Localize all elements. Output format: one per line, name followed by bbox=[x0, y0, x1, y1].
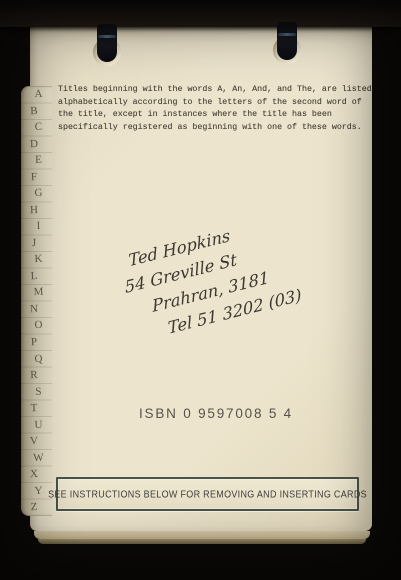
tab-letter-M: M bbox=[21, 284, 53, 302]
typed-notice: Titles beginning with the words A, An, A… bbox=[58, 84, 370, 134]
typed-notice-line: alphabetically according to the letters … bbox=[58, 97, 370, 110]
isbn-text: ISBN 0 9597008 5 4 bbox=[139, 406, 293, 421]
tab-letter-V: V bbox=[21, 433, 53, 451]
tab-letter-Z: Z bbox=[21, 499, 53, 517]
tab-letter-S: S bbox=[21, 383, 53, 401]
tab-letter-C: C bbox=[21, 119, 53, 137]
tab-letter-A: A bbox=[21, 85, 53, 103]
binder-peg-left bbox=[97, 24, 117, 62]
typed-notice-line: the title, except in instances where the… bbox=[58, 109, 370, 122]
tab-letter-P: P bbox=[21, 333, 53, 351]
tab-letter-U: U bbox=[21, 416, 53, 434]
tab-letter-D: D bbox=[21, 135, 53, 153]
card-stack-edge bbox=[34, 531, 370, 539]
tab-letter-I: I bbox=[21, 218, 53, 236]
tab-letter-G: G bbox=[21, 185, 53, 203]
card-stack-edge-shadow bbox=[38, 539, 366, 544]
tab-letter-H: H bbox=[21, 201, 53, 219]
typed-notice-line: specifically registered as beginning wit… bbox=[58, 122, 370, 135]
tab-letter-F: F bbox=[21, 168, 53, 186]
typed-notice-line: Titles beginning with the words A, An, A… bbox=[58, 84, 370, 97]
instruction-banner: SEE INSTRUCTIONS BELOW FOR REMOVING AND … bbox=[56, 477, 359, 511]
tab-letter-Q: Q bbox=[21, 350, 53, 368]
tab-letter-B: B bbox=[21, 102, 53, 120]
binder-peg-right bbox=[277, 22, 297, 60]
tab-letter-O: O bbox=[21, 317, 53, 335]
tab-letter-W: W bbox=[21, 449, 53, 467]
tab-letter-N: N bbox=[21, 300, 53, 318]
tab-letter-J: J bbox=[21, 234, 53, 252]
instruction-banner-text: SEE INSTRUCTIONS BELOW FOR REMOVING AND … bbox=[48, 489, 367, 500]
alpha-tab-strip: ABCDEFGHIJKLMNOPQRSTUVWXYZ bbox=[21, 86, 52, 516]
photo-card-index: ABCDEFGHIJKLMNOPQRSTUVWXYZ Titles beginn… bbox=[0, 0, 401, 580]
tab-letter-R: R bbox=[21, 366, 53, 384]
tab-letter-X: X bbox=[21, 466, 53, 484]
tab-letter-L: L bbox=[21, 267, 53, 285]
tab-letter-E: E bbox=[21, 152, 53, 170]
tab-letter-T: T bbox=[21, 400, 53, 418]
case-top-bar bbox=[0, 0, 401, 27]
tab-letter-K: K bbox=[21, 251, 53, 269]
